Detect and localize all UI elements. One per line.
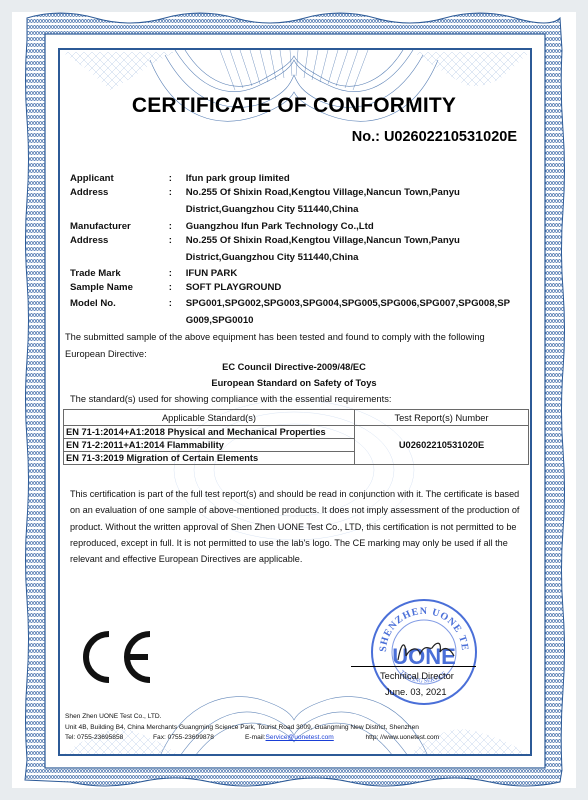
- signatory-title: Technical Director: [380, 671, 454, 681]
- footer-contact-row: Tel: 0755-23695858 Fax: 0755-23699878 E-…: [65, 733, 439, 744]
- info-label: Model No.: [70, 297, 169, 328]
- certificate-title: CERTIFICATE OF CONFORMITY: [0, 94, 588, 118]
- info-row-sample-name: Sample Name : SOFT PLAYGROUND: [70, 281, 530, 295]
- issue-date: June. 03, 2021: [385, 687, 447, 697]
- info-value: Ifun park group limited: [186, 172, 530, 186]
- ce-mark-icon: [76, 630, 156, 684]
- footer-tel: Tel: 0755-23695858: [65, 733, 153, 744]
- info-label: Address: [70, 186, 169, 217]
- column-header-standards: Applicable Standard(s): [64, 410, 355, 426]
- footer-contact: Shen Zhen UONE Test Co., LTD. Unit 4B, B…: [65, 712, 439, 744]
- footer-fax: Fax: 0755-23699878: [153, 733, 245, 744]
- info-value: IFUN PARK: [186, 267, 530, 281]
- footer-website[interactable]: http: //www.uonetest.com: [366, 733, 440, 744]
- report-number-cell: U02602210531020E: [355, 426, 529, 465]
- column-header-report-number: Test Report(s) Number: [355, 410, 529, 426]
- info-label: Manufacturer: [70, 220, 169, 234]
- info-value: No.255 Of Shixin Road,Kengtou Village,Na…: [186, 234, 530, 265]
- info-value: Guangzhou Ifun Park Technology Co.,Ltd: [186, 220, 530, 234]
- info-label: Applicant: [70, 172, 169, 186]
- table-header-row: Applicable Standard(s) Test Report(s) Nu…: [64, 410, 529, 426]
- footer-address: Unit 4B, Building B4, China Merchants Gu…: [65, 723, 439, 734]
- footer-company: Shen Zhen UONE Test Co., LTD.: [65, 712, 439, 723]
- info-row-applicant-address: Address : No.255 Of Shixin Road,Kengtou …: [70, 186, 530, 217]
- info-row-trade-mark: Trade Mark : IFUN PARK: [70, 267, 530, 281]
- footer-email-label: E-mail:: [245, 733, 266, 744]
- info-label: Sample Name: [70, 281, 169, 295]
- disclaimer-paragraph: This certification is part of the full t…: [70, 486, 530, 567]
- standard-cell: EN 71-1:2014+A1:2018 Physical and Mechan…: [64, 426, 355, 439]
- standard-cell: EN 71-3:2019 Migration of Certain Elemen…: [64, 452, 355, 465]
- certificate-number: No.: U02602210531020E: [352, 129, 517, 145]
- signature-line: [351, 666, 476, 667]
- info-label: Trade Mark: [70, 267, 169, 281]
- compliance-paragraph: The submitted sample of the above equipm…: [65, 329, 527, 363]
- standard-cell: EN 71-2:2011+A1:2014 Flammability: [64, 439, 355, 452]
- standards-table: Applicable Standard(s) Test Report(s) Nu…: [63, 409, 529, 465]
- table-row: EN 71-1:2014+A1:2018 Physical and Mechan…: [64, 426, 529, 439]
- info-row-manufacturer: Manufacturer : Guangzhou Ifun Park Techn…: [70, 220, 530, 234]
- footer-email-link[interactable]: Service@uonetest.com: [266, 733, 366, 744]
- info-value: SPG001,SPG002,SPG003,SPG004,SPG005,SPG00…: [186, 297, 530, 328]
- info-value: No.255 Of Shixin Road,Kengtou Village,Na…: [186, 186, 530, 217]
- info-value: SOFT PLAYGROUND: [186, 281, 530, 295]
- directive-subtitle: European Standard on Safety of Toys: [0, 378, 588, 388]
- info-label: Address: [70, 234, 169, 265]
- info-row-model-no: Model No. : SPG001,SPG002,SPG003,SPG004,…: [70, 297, 530, 328]
- applicant-info: Applicant : Ifun park group limited Addr…: [70, 172, 530, 328]
- info-row-manufacturer-address: Address : No.255 Of Shixin Road,Kengtou …: [70, 234, 530, 265]
- directive-name: EC Council Directive-2009/48/EC: [0, 362, 588, 372]
- standards-intro: The standard(s) used for showing complia…: [70, 394, 391, 404]
- info-row-applicant: Applicant : Ifun park group limited: [70, 172, 530, 186]
